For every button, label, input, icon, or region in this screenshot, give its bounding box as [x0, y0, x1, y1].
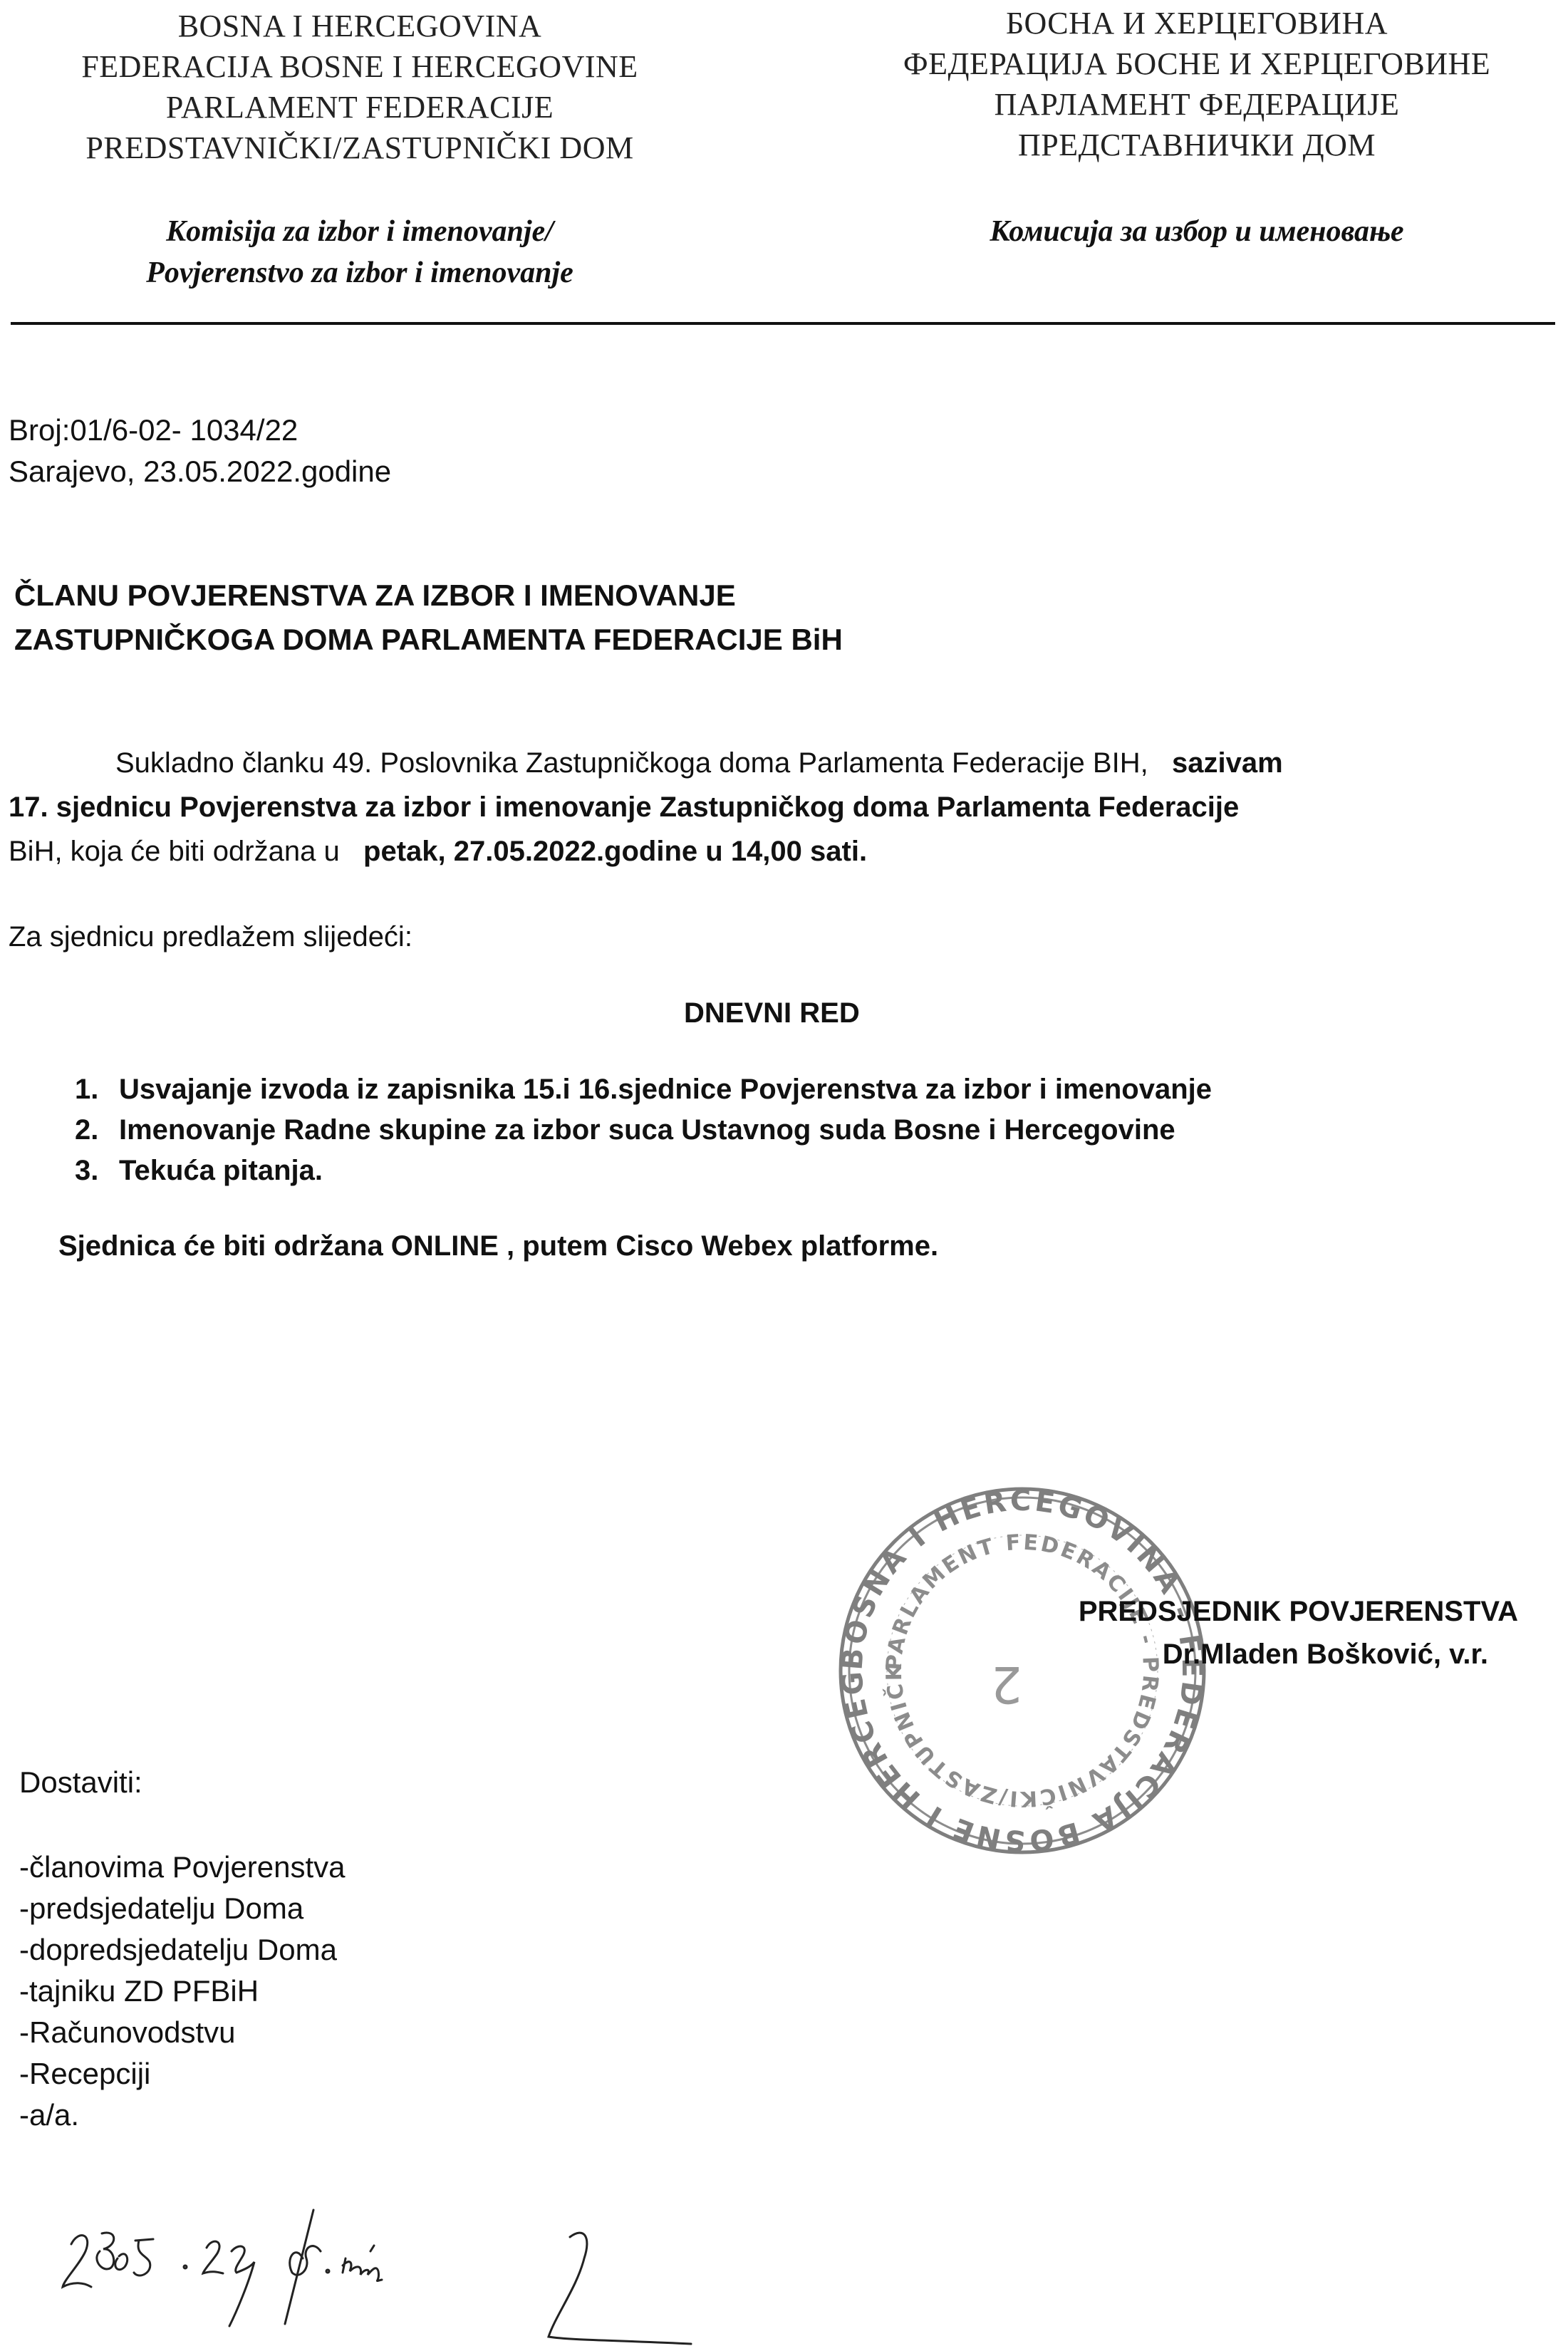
online-note: Sjednica će biti održana ONLINE , putem …	[58, 1225, 938, 1267]
signature-title: PREDSJEDNIK POVJERENSTVA	[1079, 1590, 1518, 1633]
header-cyrillic-line: ПАРЛАМЕНТ ФЕДЕРАЦИЈЕ	[855, 84, 1539, 125]
meeting-datetime: petak, 27.05.2022.godine u 14,00 sati.	[363, 836, 867, 867]
signature-block: PREDSJEDNIK POVJERENSTVA Dr.Mladen Boško…	[1079, 1590, 1518, 1676]
distribution-item: -dopredsjedatelju Doma	[19, 1929, 346, 1971]
distribution-title: Dostaviti:	[19, 1762, 142, 1803]
agenda-title: DNEVNI RED	[684, 992, 860, 1034]
distribution-list: -članovima Povjerenstva -predsjedatelju …	[19, 1847, 346, 2136]
header-latin-line: PARLAMENT FEDERACIJE	[36, 87, 684, 128]
agenda-item-text: Imenovanje Radne skupine za izbor suca U…	[119, 1114, 1175, 1146]
agenda-item-text: Tekuća pitanja.	[119, 1155, 323, 1186]
agenda-item: 2.Imenovanje Radne skupine za izbor suca…	[75, 1109, 1175, 1151]
body-line-1: Sukladno članku 49. Poslovnika Zastupnič…	[9, 741, 1562, 785]
body-text: BiH, koja će biti održana u	[9, 836, 340, 867]
header-cyrillic: БОСНА И ХЕРЦЕГОВИНА ФЕДЕРАЦИЈА БОСНЕ И Х…	[855, 3, 1539, 165]
proposal-text: Za sjednicu predlažem slijedeći:	[9, 916, 412, 957]
body-line-2: 17. sjednicu Povjerenstva za izbor i ime…	[9, 785, 1562, 829]
addressee-line: ČLANU POVJERENSTVA ZA IZBOR I IMENOVANJE	[14, 573, 843, 618]
committee-cyrillic: Комисија за избор и именовање	[855, 211, 1539, 252]
distribution-item: -tajniku ZD PFBiH	[19, 1971, 346, 2012]
committee-cyrillic-line: Комисија за избор и именовање	[855, 211, 1539, 252]
addressee: ČLANU POVJERENSTVA ZA IZBOR I IMENOVANJE…	[14, 573, 843, 662]
distribution-item: -Računovodstvu	[19, 2012, 346, 2053]
body-text: Sukladno članku 49. Poslovnika Zastupnič…	[115, 747, 1148, 779]
distribution-item: -Recepciji	[19, 2053, 346, 2095]
agenda-item-number: 2.	[75, 1109, 119, 1151]
handwritten-signature-icon	[28, 2209, 712, 2346]
stamp-number: 2	[990, 1655, 1022, 1713]
committee-latin: Komisija za izbor i imenovanje/ Povjeren…	[36, 211, 684, 294]
header-cyrillic-line: БОСНА И ХЕРЦЕГОВИНА	[855, 3, 1539, 43]
committee-latin-line: Komisija za izbor i imenovanje/	[36, 211, 684, 252]
reference-block: Broj:01/6-02- 1034/22 Sarajevo, 23.05.20…	[9, 410, 391, 492]
addressee-line: ZASTUPNIČKOGA DOMA PARLAMENTA FEDERACIJE…	[14, 618, 843, 662]
header-latin-line: PREDSTAVNIČKI/ZASTUPNIČKI DOM	[36, 128, 684, 168]
committee-latin-line: Povjerenstvo za izbor i imenovanje	[36, 252, 684, 294]
agenda-item: 1.Usvajanje izvoda iz zapisnika 15.i 16.…	[75, 1069, 1212, 1110]
distribution-item: -predsjedatelju Doma	[19, 1888, 346, 1929]
header-latin-line: BOSNA I HERCEGOVINA	[36, 6, 684, 46]
agenda-item-number: 3.	[75, 1150, 119, 1191]
reference-number: Broj:01/6-02- 1034/22	[9, 410, 391, 451]
distribution-item: -a/a.	[19, 2095, 346, 2136]
body-text-bold: sazivam	[1172, 747, 1283, 779]
header-cyrillic-line: ФЕДЕРАЦИЈА БОСНЕ И ХЕРЦЕГОВИНЕ	[855, 43, 1539, 84]
header-divider	[11, 322, 1555, 325]
agenda-item-number: 1.	[75, 1069, 119, 1110]
agenda-item: 3.Tekuća pitanja.	[75, 1150, 323, 1191]
header-latin-line: FEDERACIJA BOSNE I HERCEGOVINE	[36, 46, 684, 87]
body-line-3: BiH, koja će biti održana u petak, 27.05…	[9, 829, 1562, 873]
header-latin: BOSNA I HERCEGOVINA FEDERACIJA BOSNE I H…	[36, 6, 684, 168]
body-paragraph: Sukladno članku 49. Poslovnika Zastupnič…	[9, 741, 1562, 873]
place-date: Sarajevo, 23.05.2022.godine	[9, 451, 391, 492]
agenda-item-text: Usvajanje izvoda iz zapisnika 15.i 16.sj…	[119, 1074, 1212, 1105]
header-cyrillic-line: ПРЕДСТАВНИЧКИ ДОМ	[855, 125, 1539, 165]
distribution-item: -članovima Povjerenstva	[19, 1847, 346, 1888]
signature-name: Dr.Mladen Bošković, v.r.	[1079, 1633, 1518, 1676]
